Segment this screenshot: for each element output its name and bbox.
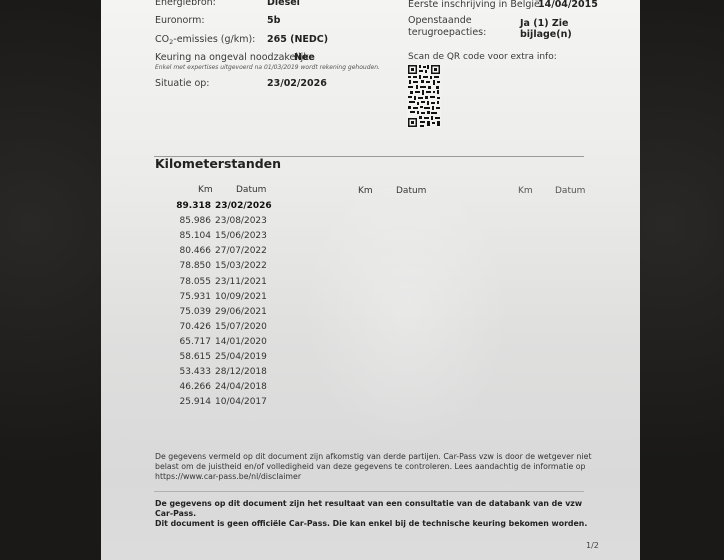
situation-label: Situatie op:: [155, 78, 210, 89]
mileage-km-value: 80.466: [154, 246, 211, 256]
col1-km-header: Km: [198, 185, 213, 195]
mileage-km-value: 89.318: [154, 201, 211, 211]
qr-code-icon[interactable]: [407, 64, 441, 128]
mileage-km-value: 46.266: [154, 382, 211, 392]
mileage-km-value: 85.104: [154, 231, 211, 241]
official-notice: De gegevens op dit document zijn het res…: [155, 499, 595, 529]
euronorm-value: 5b: [267, 15, 280, 26]
disclaimer-line: belast om de juistheid en/of volledighei…: [155, 462, 595, 472]
mileage-date-value: 10/04/2017: [215, 397, 267, 407]
car-pass-document-page: Energiebron: Diesel Euronorm: 5b CO2-emi…: [101, 0, 640, 560]
mileage-km-value: 78.850: [154, 261, 211, 271]
mileage-section-title: Kilometerstanden: [155, 156, 281, 171]
euronorm-label: Euronorm:: [155, 15, 205, 26]
mileage-km-value: 25.914: [154, 397, 211, 407]
mileage-km-value: 85.986: [154, 216, 211, 226]
notice-line: De gegevens op dit document zijn het res…: [155, 499, 595, 519]
inspection-note: Enkel met expertises uitgevoerd na 01/03…: [155, 64, 380, 71]
open-recalls-label-line2: terugroepacties:: [408, 27, 486, 38]
mileage-date-value: 23/08/2023: [215, 216, 267, 226]
inspection-after-accident-value: Nee: [294, 52, 315, 63]
mileage-date-value: 14/01/2020: [215, 337, 267, 347]
mileage-km-value: 58.615: [154, 352, 211, 362]
col3-date-header: Datum: [555, 186, 585, 196]
first-registration-value: 14/04/2015: [538, 0, 598, 10]
first-registration-label: Eerste inschrijving in België:: [408, 0, 543, 10]
mileage-date-value: 29/06/2021: [215, 307, 267, 317]
mileage-km-value: 75.039: [154, 307, 211, 317]
page-number: 1/2: [586, 541, 599, 550]
mileage-km-value: 65.717: [154, 337, 211, 347]
background-surface-left: [0, 0, 101, 560]
open-recalls-value-line2: bijlage(n): [520, 29, 572, 40]
open-recalls-value-line1: Ja (1) Zie: [520, 18, 568, 29]
mileage-km-value: 78.055: [154, 277, 211, 287]
col2-date-header: Datum: [396, 186, 426, 196]
mileage-date-value: 24/04/2018: [215, 382, 267, 392]
background-surface-right: [640, 0, 724, 560]
col2-km-header: Km: [358, 186, 373, 196]
qr-label: Scan de QR code voor extra info:: [408, 52, 557, 62]
col1-date-header: Datum: [236, 185, 266, 195]
third-party-disclaimer: De gegevens vermeld op dit document zijn…: [155, 452, 595, 482]
disclaimer-link[interactable]: https://www.car-pass.be/nl/disclaimer: [155, 472, 595, 482]
mileage-km-value: 75.931: [154, 292, 211, 302]
disclaimer-line: De gegevens vermeld op dit document zijn…: [155, 452, 595, 462]
mileage-date-value: 25/04/2019: [215, 352, 267, 362]
col3-km-header: Km: [518, 186, 533, 196]
notice-line: Dit document is geen officiële Car-Pass.…: [155, 519, 595, 529]
co2-value: 265 (NEDC): [267, 34, 328, 45]
mileage-date-value: 15/06/2023: [215, 231, 267, 241]
mileage-date-value: 10/09/2021: [215, 292, 267, 302]
mileage-km-value: 53.433: [154, 367, 211, 377]
mileage-date-value: 15/07/2020: [215, 322, 267, 332]
mileage-km-value: 70.426: [154, 322, 211, 332]
mileage-date-value: 28/12/2018: [215, 367, 267, 377]
open-recalls-label-line1: Openstaande: [408, 15, 472, 26]
co2-label: CO2-emissies (g/km):: [155, 34, 255, 46]
mileage-date-value: 15/03/2022: [215, 261, 267, 271]
inspection-after-accident-label: Keuring na ongeval noodzakelijk:: [155, 52, 312, 63]
energy-source-label: Energiebron:: [155, 0, 216, 8]
mileage-date-value: 23/02/2026: [215, 201, 272, 211]
situation-value: 23/02/2026: [267, 78, 327, 89]
disclaimer-divider: [154, 491, 584, 492]
energy-source-value: Diesel: [267, 0, 300, 8]
mileage-date-value: 27/07/2022: [215, 246, 267, 256]
mileage-date-value: 23/11/2021: [215, 277, 267, 287]
